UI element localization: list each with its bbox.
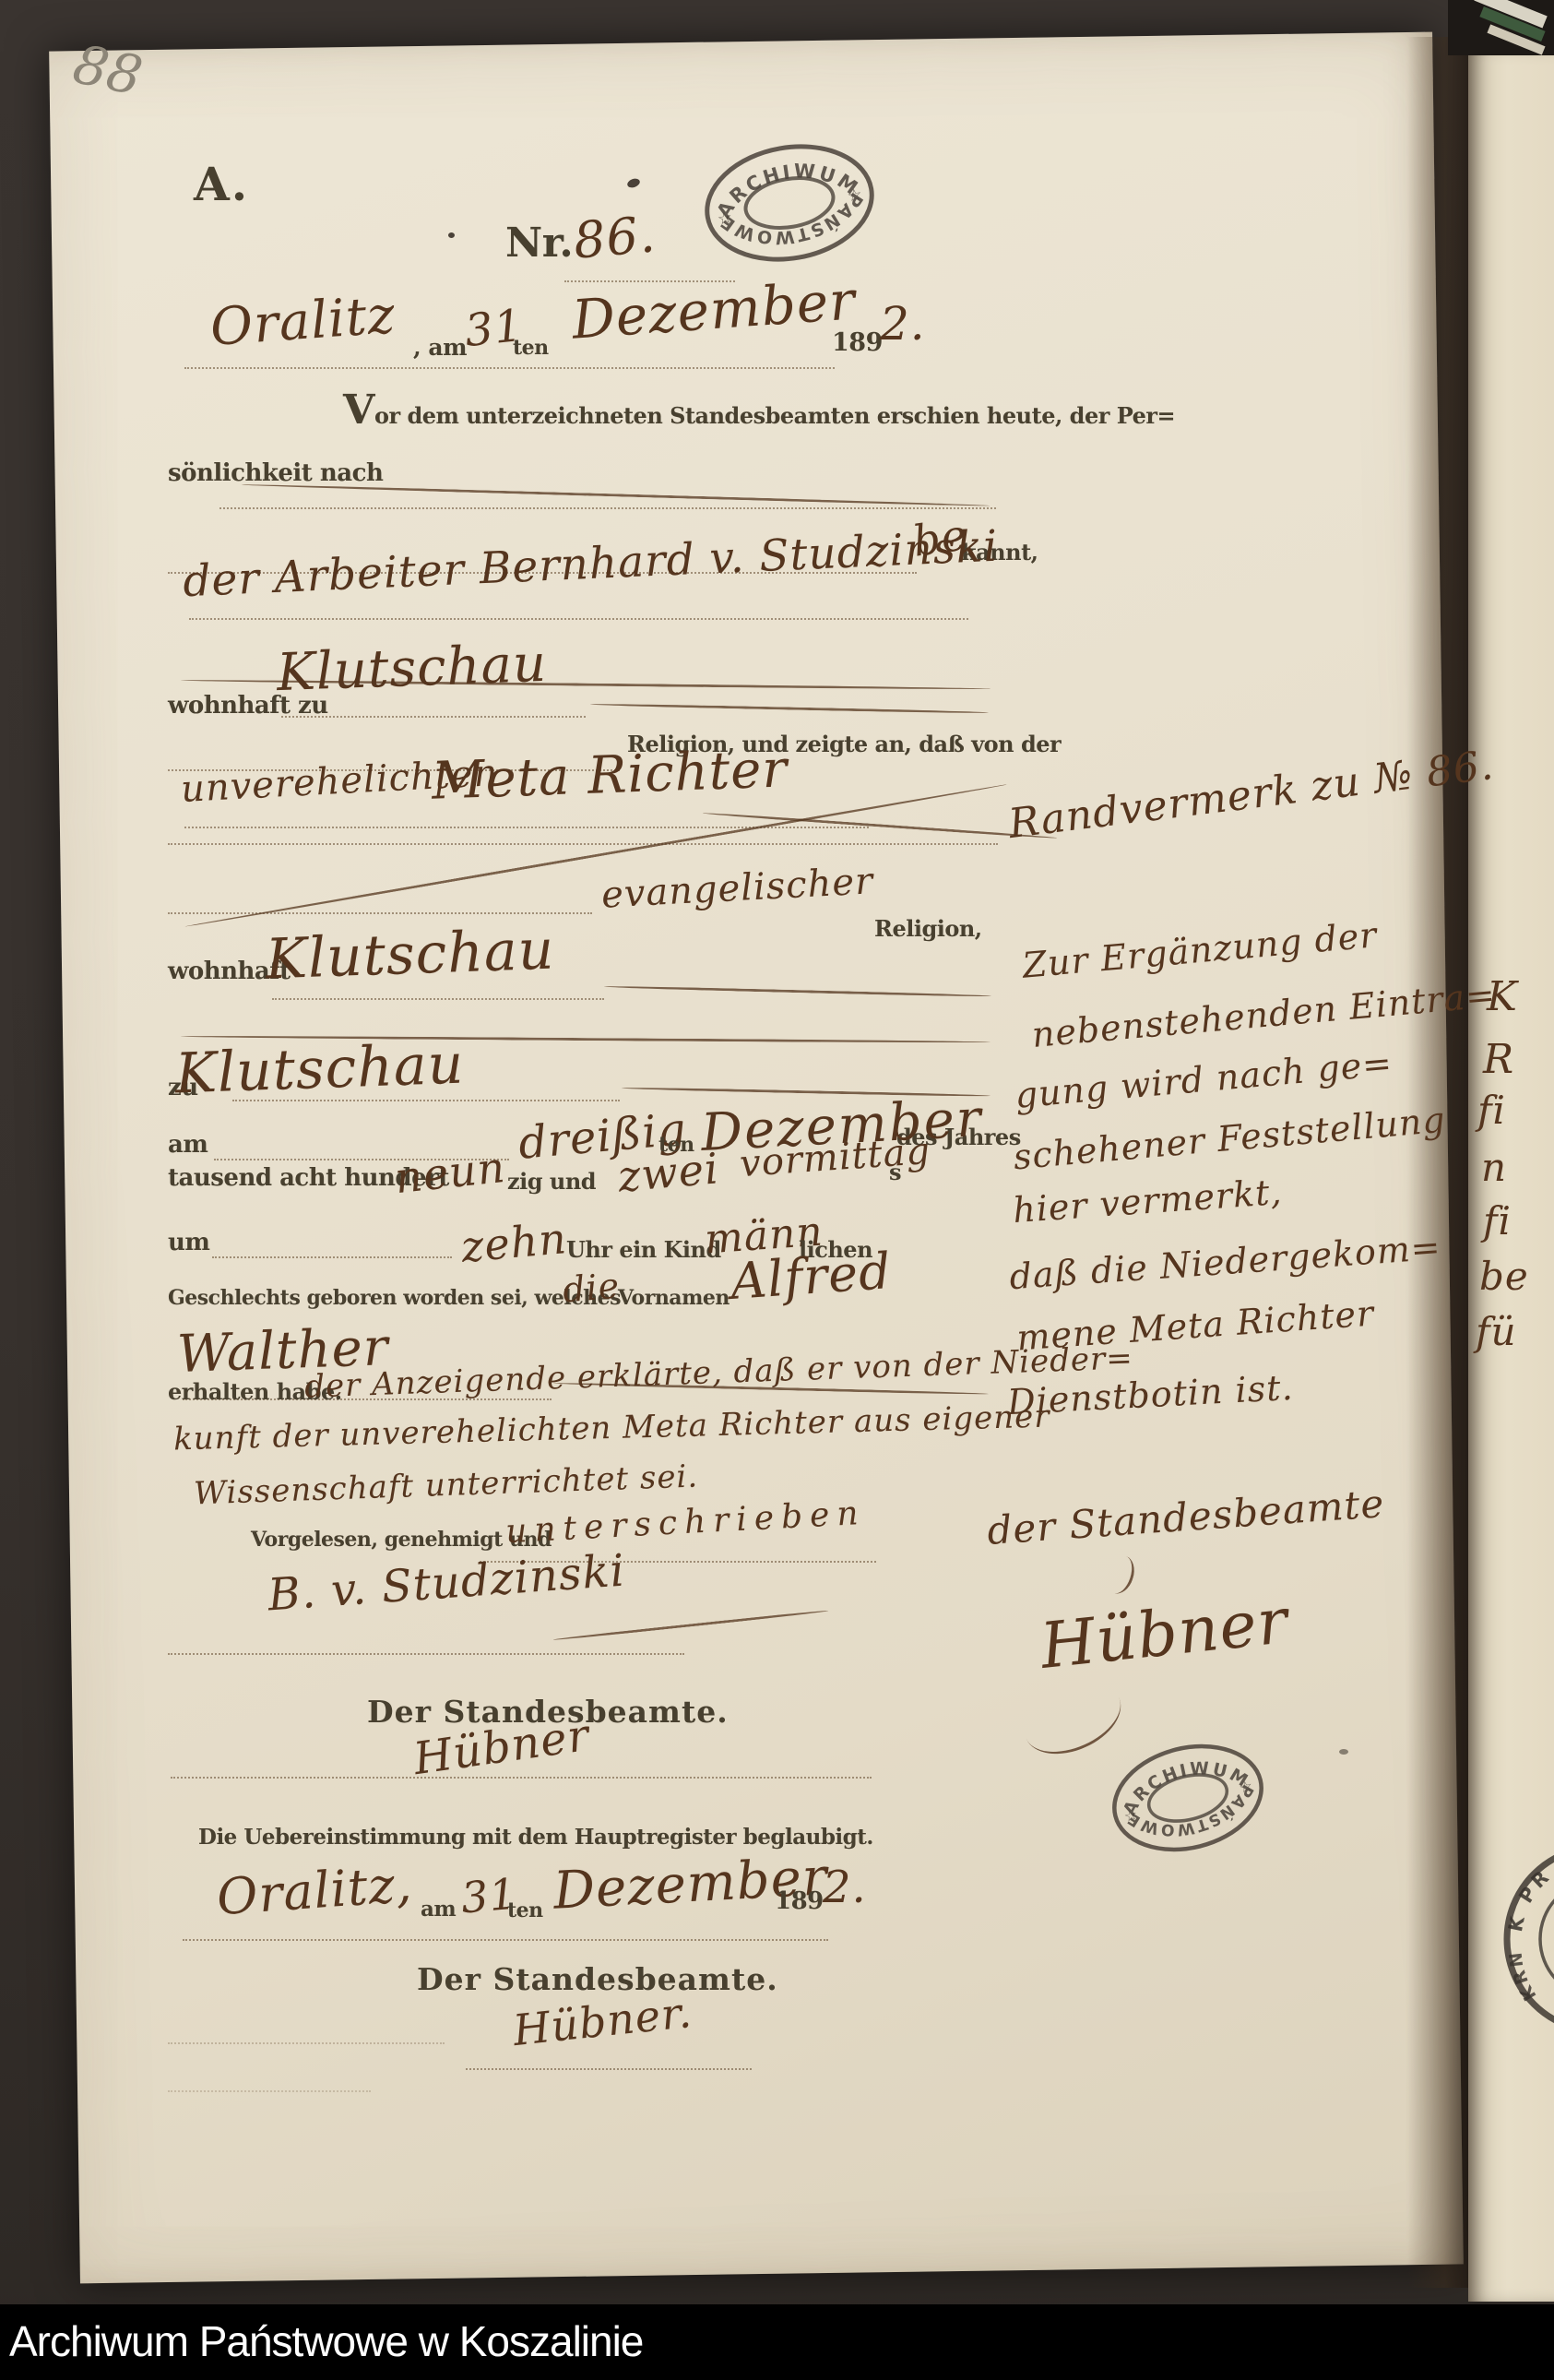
mother-name: Meta Richter — [431, 739, 789, 811]
svg-text:KRN: KRN — [1505, 1948, 1540, 2004]
adjacent-text-fragment: fi — [1483, 1198, 1512, 1244]
religion-label: Religion, — [874, 915, 982, 942]
dotted-rule — [171, 1775, 872, 1779]
dateline-am-label: , am — [413, 334, 467, 361]
uhr-ein-kind-label: Uhr ein Kind — [566, 1236, 721, 1263]
mother-residence2: Klutschau — [174, 1032, 465, 1107]
adjacent-page-edge: K R fi n fi be fü K PR STA KRN — [1468, 51, 1554, 2302]
geschlechts-line: Geschlechts geboren worden sei, welches — [168, 1286, 621, 1310]
dotted-rule — [212, 1255, 452, 1258]
birth-year-units: zwei — [616, 1143, 721, 1201]
adjacent-text-fragment: n — [1481, 1145, 1507, 1190]
archive-scan-photo: K R fi n fi be fü K PR STA KRN 88 A. — [0, 0, 1554, 2380]
s-label: s — [889, 1159, 901, 1185]
certification-year-printed: 189 — [775, 1887, 824, 1915]
dotted-rule — [168, 1651, 684, 1655]
certification-line: Die Uebereinstimmung mit dem Hauptregist… — [198, 1825, 873, 1850]
dateline-year-printed: 189 — [832, 328, 883, 357]
dotted-rule — [168, 2088, 371, 2092]
adjacent-text-fragment: fi — [1477, 1088, 1506, 1133]
birth-hour: zehn — [459, 1213, 569, 1272]
mother-residence: Klutschau — [265, 918, 555, 993]
dotted-rule — [466, 2066, 752, 2070]
form-intro-line2: sönlichkeit nach — [168, 459, 383, 487]
ink-speck — [1339, 1749, 1348, 1755]
ink-speck — [448, 232, 455, 238]
form-section-letter: A. — [194, 157, 249, 211]
certification-year-hw: 2. — [823, 1862, 867, 1913]
adjacent-text-fragment: R — [1483, 1036, 1514, 1083]
archive-caption-text: Archiwum Państwowe w Koszalinie — [0, 2304, 1554, 2378]
dotted-rule — [168, 841, 998, 845]
die-value: die — [561, 1265, 622, 1310]
dateline-suffix: ten — [513, 336, 549, 360]
certification-am: am — [421, 1897, 456, 1922]
dotted-rule — [219, 506, 996, 509]
archive-caption-bar: Archiwum Państwowe w Koszalinie — [0, 2304, 1554, 2380]
certification-suffix: ten — [507, 1898, 543, 1922]
dateline-year-handwritten: 2. — [880, 297, 926, 351]
form-intro-line: Vor dem unterzeichneten Standesbeamten e… — [343, 395, 1175, 429]
vornamen-label: Vornamen — [618, 1286, 730, 1310]
um-label: um — [168, 1229, 209, 1256]
dotted-rule — [183, 1937, 828, 1941]
am-label: am — [168, 1131, 208, 1159]
dotted-rule — [281, 714, 586, 718]
certification-registrar-title: Der Standesbeamte. — [417, 1961, 778, 1997]
zig-und-label: zig und — [507, 1168, 596, 1195]
book-gutter-shadow — [1407, 37, 1476, 2288]
adjacent-text-fragment: be — [1479, 1254, 1529, 1299]
child-first-name: Alfred — [729, 1242, 894, 1311]
dotted-rule — [189, 616, 968, 620]
record-number-label: Nr. — [505, 220, 573, 267]
dotted-rule — [184, 365, 835, 369]
adjacent-text-fragment: fü — [1476, 1309, 1517, 1354]
dotted-rule — [232, 1098, 620, 1101]
declarant-residence: Klutschau — [276, 634, 548, 703]
dotted-rule — [168, 910, 592, 914]
round-stamp-lower-text: KRN — [1505, 1948, 1540, 2004]
royal-prussian-registry-stamp: K PR STA KRN — [1490, 1836, 1554, 2048]
record-number-value: 86. — [571, 205, 658, 270]
dotted-rule — [272, 996, 604, 1000]
dotted-rule — [168, 2041, 445, 2044]
